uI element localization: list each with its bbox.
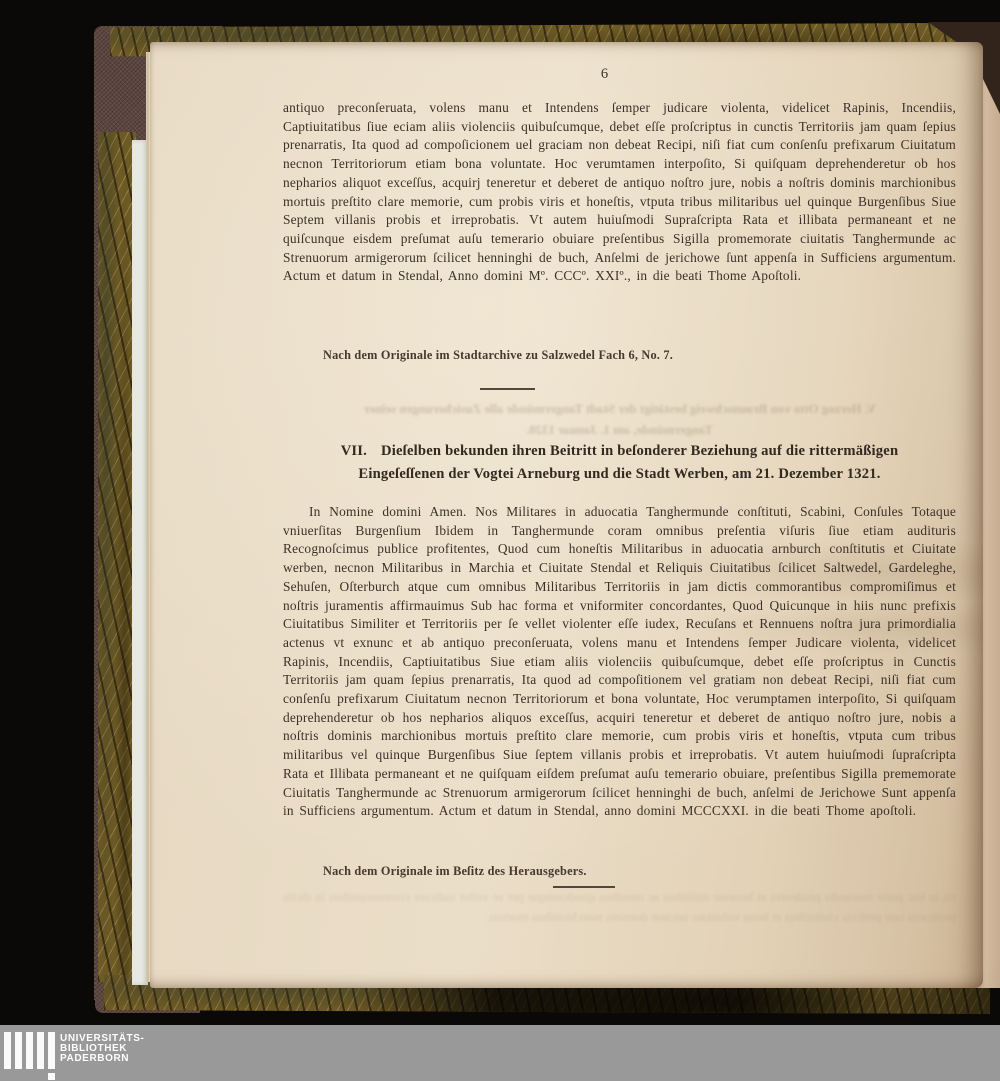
doc7-heading-number: VII.: [341, 443, 367, 459]
watermark-bar: UNIVERSITÄTS- BIBLIOTHEK PADERBORN: [0, 1025, 1000, 1081]
watermark-text: UNIVERSITÄTS- BIBLIOTHEK PADERBORN: [60, 1034, 144, 1065]
watermark-line-3: PADERBORN: [60, 1054, 144, 1064]
page-number: 6: [283, 66, 926, 83]
photo-stage: 6 antiquo preconſeruata, volens manu et …: [0, 0, 1000, 1081]
text-column: 6 antiquo preconſeruata, volens manu et …: [283, 42, 956, 988]
doc7-body: In Nomine domini Amen. Nos Militares in …: [283, 503, 956, 821]
separator-rule-1: [480, 388, 535, 390]
doc7-heading: VII.Dieſelben bekunden ihren Beitritt in…: [283, 440, 956, 485]
doc7-source-note: Nach dem Originale im Beſitz des Herausg…: [323, 864, 587, 879]
doc7-heading-line1: Dieſelben bekunden ihren Beitritt in beſ…: [381, 443, 898, 459]
doc6-body: antiquo preconſeruata, volens manu et In…: [283, 99, 956, 286]
bleedthrough-heading: V. Herzog Otto von Braunschweig bestätig…: [283, 399, 956, 441]
bleedthrough-bottom: ris in hac parte morandis prudentes et h…: [283, 887, 956, 927]
doc6-source-note: Nach dem Originale im Stadtarchive zu Sa…: [323, 348, 673, 363]
doc7-heading-line2: Eingeſeſſenen der Vogtei Arneburg und di…: [358, 466, 880, 482]
library-logo-icon: [4, 1032, 56, 1080]
bleedthrough-line: V. Herzog Otto von Braunschweig bestätig…: [283, 399, 956, 420]
marbled-cover-edge-left: [98, 132, 136, 982]
bleedthrough-line: Tangermünde, am 1. Januar 1320.: [283, 420, 956, 441]
separator-rule-2: [553, 886, 615, 888]
book-page: 6 antiquo preconſeruata, volens manu et …: [150, 42, 983, 988]
